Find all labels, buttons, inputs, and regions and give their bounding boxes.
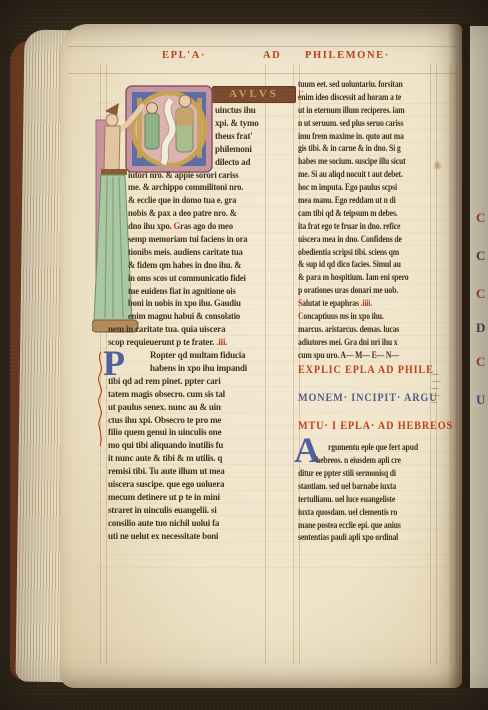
paul-mantle — [176, 108, 193, 126]
text-line: theus frat' — [215, 130, 259, 143]
rubric-explicit: EXPLIC EPLA AD PHILE — [298, 362, 434, 377]
text-line: cam tibi qd & teipsum m debes. — [298, 207, 409, 220]
text-line: hoc m imputa. Ego paulus scpsi — [298, 181, 409, 194]
text-line: ita frat ego te fruar in dno. refice — [298, 220, 409, 233]
text-line: iuxta quosdam. uel clementis ro — [298, 506, 401, 519]
left-column-propter-lines: Ropter qd multam fiduciahabens in xpo ih… — [150, 349, 247, 375]
disciple-head — [147, 103, 158, 114]
text-line: sententias pauli apli xpo ordinal — [298, 531, 401, 544]
text-line: ut paulus senex. nunc au & uin — [108, 401, 225, 414]
text-line: cum spu uro. A— M— E— N— — [298, 349, 409, 362]
text-line: semp memoriam tui faciens in ora — [128, 233, 247, 246]
argumentum-line: hebreos. n eiusdem apli cre — [316, 454, 401, 467]
text-line: remisi tibi. Tu aute illum ut mea — [108, 465, 225, 478]
right-column-lines: tuum eet. sed uoluntariu. forsitanenim i… — [298, 78, 409, 362]
text-line: tuum eet. sed uoluntariu. forsitan — [298, 78, 409, 91]
text-line: Salutat te epaphras .iiii. — [298, 297, 409, 310]
text-line: rgumentu eple que fert apud — [328, 441, 418, 454]
text-line: habens in xpo ihu impandi — [150, 362, 247, 375]
text-line: tertullianu. uel luce euangeliste — [298, 493, 401, 506]
text-line: habes me socium. suscipe illu sicut — [298, 155, 409, 168]
text-line: tionibs meis. audiens caritate tua — [128, 246, 247, 259]
ruling-line — [68, 73, 456, 74]
text-line: tatem magis obsecro. cum sis tal — [108, 388, 225, 401]
text-line: boni in uobis in xpo ihu. Gaudiu — [128, 297, 247, 310]
text-line: tibi qd ad rem pinet. ppter cari — [108, 375, 225, 388]
parchment-stain — [433, 160, 442, 171]
ruling-line — [436, 64, 437, 664]
rubric-incipit: MONEM· INCIPIT· ARGU — [298, 390, 434, 405]
text-line: mane postea ecclie epi. que anius — [298, 519, 401, 532]
text-line: dno ihu xpo. Gras ago do meo — [128, 220, 247, 233]
text-line: mo qui tibi aliquando inutilis fu — [108, 439, 225, 452]
next-page-partial-initial: C — [476, 248, 485, 264]
manuscript-photo: EPL'A· AD PHILEMONE· AVLVS ȷ· — [0, 0, 488, 710]
text-line: ctus ihu xpi. Obsecro te pro me — [108, 414, 225, 427]
text-line: me. Si au aliqd nocuit t aut debet. — [298, 168, 409, 181]
text-line: enim magnu habui & consolatio — [128, 310, 247, 323]
caryatid-belt — [101, 169, 127, 175]
running-header-ad: AD — [263, 50, 281, 61]
text-line: xpi. & tymo — [215, 117, 259, 130]
gutter-shadow — [448, 24, 472, 688]
text-line: Ropter qd multam fiducia — [150, 349, 247, 362]
text-line: nem in caritate tua. quia uiscera — [108, 323, 227, 336]
disciple-figure — [145, 113, 159, 149]
text-line: marcus. aristarcus. demas. lucas — [298, 323, 409, 336]
caryatid-head — [106, 114, 118, 126]
next-page-edge: CCCDCU — [470, 26, 488, 688]
next-page-partial-initial: C — [476, 210, 485, 226]
text-line: me. & archippo commilitoni nro. — [128, 181, 247, 194]
running-header-epla: EPL'A· — [162, 50, 206, 61]
text-line: uinctus ihu — [215, 104, 259, 117]
text-line: it nunc aute & tibi & m utilis. q — [108, 452, 225, 465]
text-line: nobis & pax a deo patre nro. & — [128, 207, 247, 220]
ruling-line — [293, 64, 294, 664]
left-column-lines: tibi qd ad rem pinet. ppter caritatem ma… — [108, 375, 225, 543]
text-line: in oms scos ut communicatio fidei — [128, 272, 247, 285]
argumentum-lines: ditur ee ppter stili sermonisq distantia… — [298, 467, 401, 544]
text-line: scop requieuerunt p te frater. .iii. — [108, 336, 227, 349]
text-line: & ecclie que in domo tua e. gra — [128, 194, 247, 207]
text-line: tue euidens fiat in agnitione ois — [128, 285, 247, 298]
gold-pillar — [197, 98, 202, 158]
text-line: imu frem maxime in. quto aut ma — [298, 130, 409, 143]
text-line: mecum detinere ut p te in mini — [108, 491, 225, 504]
text-line: uti ne uelut ex necessitate boni — [108, 530, 225, 543]
text-line: gis tibi. & in carne & in dno. Si g — [298, 142, 409, 155]
next-page-partial-initial: U — [476, 392, 485, 408]
text-line: enim ideo discessit ad horam a te — [298, 91, 409, 104]
argumentum-line: rgumentu eple que fert apud — [328, 441, 418, 454]
text-line: consilio aute tuo nichil uolui fa — [108, 517, 225, 530]
text-line: Concaptiuus ms in xpo ihu. — [298, 310, 409, 323]
text-line: uiscera suscipe. que ego uoluera — [108, 478, 225, 491]
text-line: n ut seruum. sed plus seruo cariss — [298, 117, 409, 130]
text-line: dilecto ad — [215, 156, 259, 169]
text-line: obedientia scripsi tibi. sciens qm — [298, 246, 409, 259]
text-line: mea manu. Ego reddam ut n di — [298, 194, 409, 207]
manuscript-page: EPL'A· AD PHILEMONE· AVLVS ȷ· — [60, 24, 462, 688]
text-line: & fidem qm habes in dno ihu. & — [128, 259, 247, 272]
text-line: & para m hospitium. Iam eni spero — [298, 271, 409, 284]
ruling-line — [265, 64, 266, 664]
text-line: hebreos. n eiusdem apli cre — [316, 454, 401, 467]
next-page-partial-initial: C — [476, 354, 485, 370]
text-line: philemoni — [215, 143, 259, 156]
ruling-line — [68, 46, 456, 47]
text-line: ditur ee ppter stili sermonisq di — [298, 467, 401, 480]
text-line: iutori nro. & appie sorori cariss — [128, 169, 247, 182]
next-page-partial-initial: C — [476, 286, 485, 302]
text-line: p orationes uras donari me uob. — [298, 284, 409, 297]
text-line: ut in eternum illum reciperes. iam — [298, 104, 409, 117]
paul-head — [179, 95, 191, 107]
next-page-partial-initial: D — [476, 320, 485, 336]
text-line: adiutores mei. Gra dni nri ihu x — [298, 336, 409, 349]
text-line: uiscera mea in dno. Confidens de — [298, 233, 409, 246]
caryatid-torso — [104, 126, 120, 172]
text-line: straret in uinculis euangelii. si — [108, 504, 225, 517]
text-line: & sup id qd dico facies. Simul au — [298, 258, 409, 271]
running-header-philemone: PHILEMONE· — [305, 50, 390, 61]
left-column-short-lines: uinctus ihuxpi. & tymotheus frat'philemo… — [215, 104, 259, 168]
left-column-mid-lines: iutori nro. & appie sorori carissme. & a… — [128, 169, 247, 324]
pen-flourish — [94, 350, 106, 450]
text-line: stantiam. sed uel barnabe iuxta — [298, 480, 401, 493]
text-line: filio quem genui in uinculis one — [108, 426, 225, 439]
left-column-lines: nem in caritate tua. quia uiscerascop re… — [108, 323, 227, 349]
